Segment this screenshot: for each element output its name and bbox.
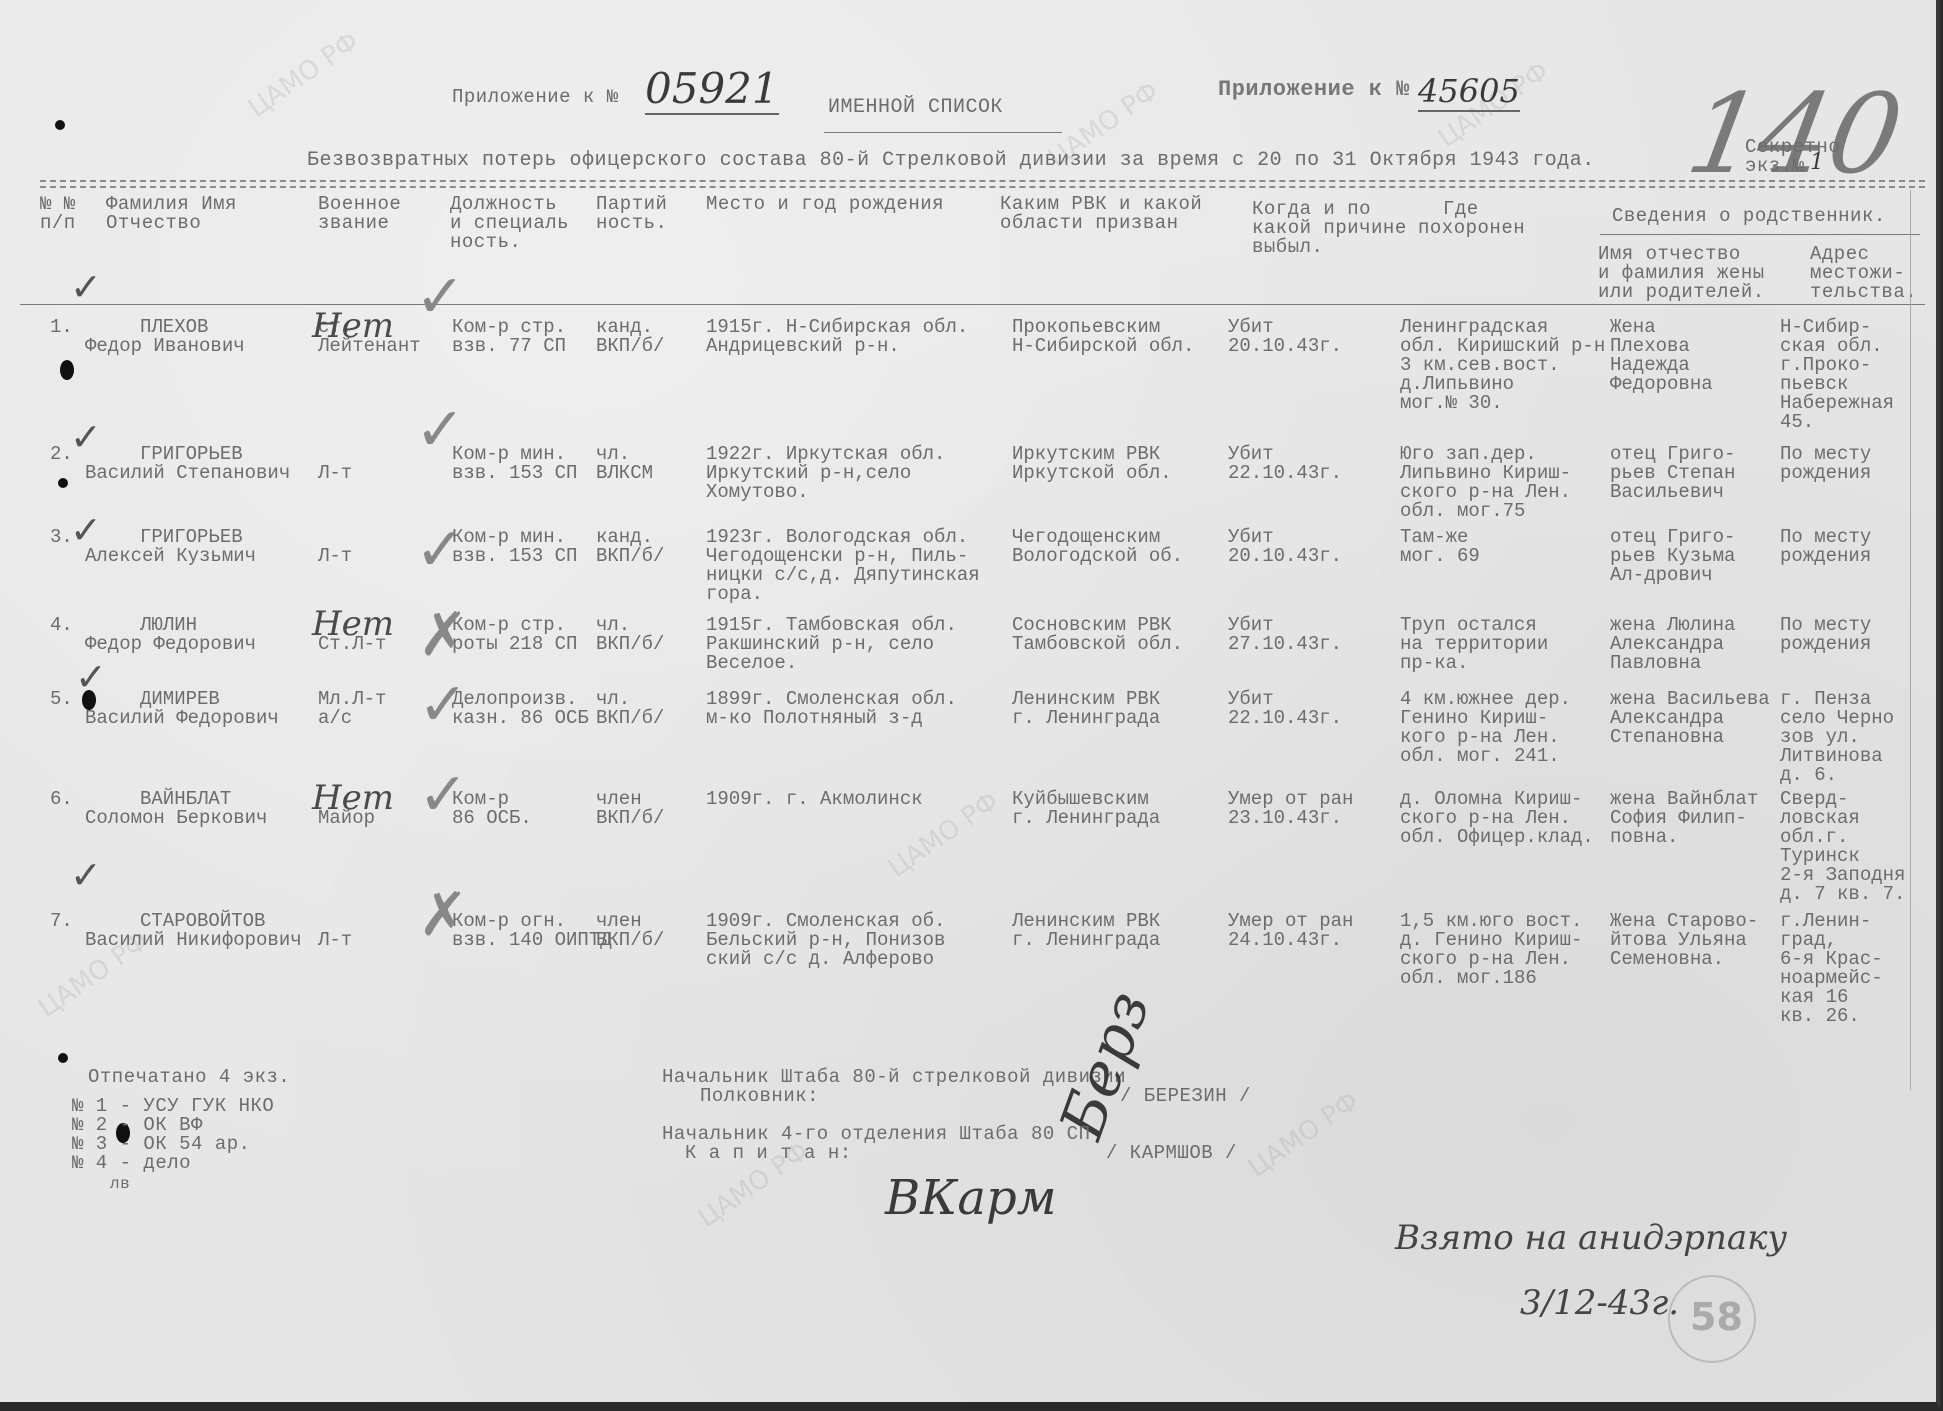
loss-reason-date: 24.10.43г. (1228, 931, 1342, 950)
relative-name: Ал-дрович (1610, 566, 1713, 585)
party-membership: ВКП/б/ (596, 337, 664, 356)
document-subtitle: Безвозвратных потерь офицерского состава… (307, 151, 1595, 170)
col-relative-name-3: или родителей. (1598, 283, 1765, 302)
handwritten-annotation: Нет (312, 604, 394, 644)
party-membership: ВКП/б/ (596, 635, 664, 654)
document-page: ЦАМО РФ ЦАМО РФ ЦАМО РФ ЦАМО РФ ЦАМО РФ … (0, 0, 1940, 1408)
military-rank: а/с (318, 709, 352, 728)
party-membership: ВКП/б/ (596, 709, 664, 728)
position: взв. 153 СП (452, 547, 577, 566)
birth-place: гора. (706, 585, 763, 604)
burial-place: обл. мог.186 (1400, 969, 1537, 988)
handwritten-annotation: Нет (312, 306, 394, 346)
check-mark-icon: ✓ (70, 415, 102, 459)
watermark: ЦАМО РФ (243, 26, 364, 124)
relative-address: рождения (1780, 464, 1871, 483)
loss-reason-date: 20.10.43г. (1228, 337, 1342, 356)
party-membership: ВКП/б/ (596, 547, 664, 566)
draft-office: Тамбовской обл. (1012, 635, 1183, 654)
birth-place: Хомутово. (706, 483, 809, 502)
position: казн. 86 ОСБ (452, 709, 589, 728)
military-rank: Л-т (318, 931, 352, 950)
check-mark-icon: ✓ (70, 508, 102, 552)
pencil-check-icon: ✓ (415, 395, 465, 465)
position: роты 218 СП (452, 635, 577, 654)
relative-address: рождения (1780, 547, 1871, 566)
military-rank: Л-т (318, 547, 352, 566)
position: взв. 140 ОИПТД (452, 931, 612, 950)
col-num-2: п/п (40, 214, 76, 233)
burial-place: мог. 69 (1400, 547, 1480, 566)
signatory-2-name: / КАРМШОВ / (1106, 1144, 1237, 1163)
relative-name: Степановна (1610, 728, 1724, 747)
signatory-1-name: / БЕРЕЗИН / (1120, 1087, 1251, 1106)
given-names: Федор Федорович (85, 635, 256, 654)
party-membership: ВЛКСМ (596, 464, 653, 483)
relative-name: Федоровна (1610, 375, 1713, 394)
loss-reason-date: 23.10.43г. (1228, 809, 1342, 828)
party-membership: ВКП/б/ (596, 931, 664, 950)
pencil-check-icon: ✗ (418, 600, 468, 670)
check-mark-icon: ✓ (70, 853, 102, 897)
birth-place: м-ко Полотняный з-д (706, 709, 923, 728)
birth-place: Андрицевский р-н. (706, 337, 900, 356)
relative-name: Семеновна. (1610, 950, 1724, 969)
document-title: ИМЕННОЙ СПИСОК (828, 98, 1003, 117)
pencil-check-icon: ✓ (415, 515, 465, 585)
given-names: Василий Федорович (85, 709, 279, 728)
pencil-check-icon: ✗ (418, 880, 468, 950)
watermark: ЦАМО РФ (1243, 1086, 1364, 1184)
loss-reason-date: 20.10.43г. (1228, 547, 1342, 566)
row-number: 7. (50, 912, 73, 931)
row-number: 1. (50, 318, 73, 337)
draft-office: г. Ленинграда (1012, 931, 1160, 950)
relative-address: д. 7 кв. 7. (1780, 885, 1905, 904)
relative-address: д. 6. (1780, 766, 1837, 785)
military-rank: Л-т (318, 464, 352, 483)
relative-address: кв. 26. (1780, 1007, 1860, 1026)
col-relatives-group: Сведения о родственник. (1612, 207, 1886, 226)
row-number: 6. (50, 790, 73, 809)
handwritten-annotation: Нет (312, 778, 394, 818)
copy-number: 1 (1810, 150, 1824, 175)
appendix-right-number: 45605 (1418, 72, 1520, 112)
relative-address: рождения (1780, 635, 1871, 654)
header-rule (40, 186, 1925, 188)
col-party-2: ность. (596, 214, 667, 233)
relative-name: Васильевич (1610, 483, 1724, 502)
copy-4: № 4 - дело (72, 1154, 191, 1173)
col-position-3: ность. (450, 233, 521, 252)
typist-initials: лв (110, 1175, 130, 1194)
burial-place: пр-ка. (1400, 654, 1468, 673)
draft-office: г. Ленинграда (1012, 809, 1160, 828)
right-margin-line (1910, 190, 1911, 1090)
given-names: Василий Степанович (85, 464, 290, 483)
relative-name: Павловна (1610, 654, 1701, 673)
birth-place: 1909г. г. Акмолинск (706, 790, 923, 809)
given-names: Соломон Беркович (85, 809, 267, 828)
check-mark-icon: ✓ (75, 655, 107, 699)
given-names: Василий Никифорович (85, 931, 302, 950)
stamp-number: 58 (1690, 1295, 1743, 1339)
row-number: 4. (50, 616, 73, 635)
party-membership: ВКП/б/ (596, 809, 664, 828)
handwritten-note: Взято на анидэрпаку (1395, 1218, 1787, 1258)
punch-hole (55, 120, 65, 130)
appendix-right-label: Приложение к № (1218, 80, 1410, 99)
copy-label: экз.№ (1745, 157, 1805, 176)
punch-hole (58, 478, 68, 488)
col-rank-2: звание (318, 214, 389, 233)
loss-reason-date: 22.10.43г. (1228, 709, 1342, 728)
pencil-check-icon: ✓ (418, 670, 468, 740)
loss-reason-date: 27.10.43г. (1228, 635, 1342, 654)
burial-place: обл. Офицер.клад. (1400, 828, 1594, 847)
appendix-left-label: Приложение к № (452, 88, 619, 107)
pencil-check-icon: ✓ (418, 760, 468, 830)
given-names: Федор Иванович (85, 337, 245, 356)
draft-office: Иркутской обл. (1012, 464, 1172, 483)
burial-place: обл. мог.75 (1400, 502, 1525, 521)
position: взв. 77 СП (452, 337, 566, 356)
birth-place: ский с/с д. Алферово (706, 950, 934, 969)
appendix-left-number: 05921 (645, 64, 779, 115)
header-rule (40, 180, 1925, 182)
col-buried-2: похоронен (1418, 219, 1525, 238)
punch-hole (58, 1053, 68, 1063)
handwritten-date: 3/12-43г. (1520, 1283, 1679, 1323)
given-names: Алексей Кузьмич (85, 547, 256, 566)
birth-place: Веселое. (706, 654, 797, 673)
punch-hole (60, 360, 74, 380)
header-bottom-rule (20, 304, 1925, 305)
title-underline (824, 132, 1062, 133)
col-draft-2: области призван (1000, 214, 1179, 233)
check-mark-icon: ✓ (70, 265, 102, 309)
col-name-2: Отчество (106, 214, 201, 233)
draft-office: Н-Сибирской обл. (1012, 337, 1194, 356)
sheet-number: 140 (1679, 70, 1912, 198)
col-when-3: выбыл. (1252, 238, 1323, 257)
signatory-1-rank: Полковник: (700, 1087, 819, 1106)
col-address-3: тельства. (1810, 283, 1917, 302)
draft-office: Вологодской об. (1012, 547, 1183, 566)
col-birth: Место и год рождения (706, 195, 944, 214)
relatives-underline (1600, 234, 1920, 235)
pencil-check-icon: ✓ (415, 262, 465, 332)
signatory-2-rank: К а п и т а н: (685, 1144, 852, 1163)
signature-2: ВКарм (885, 1170, 1057, 1226)
draft-office: г. Ленинграда (1012, 709, 1160, 728)
loss-reason-date: 22.10.43г. (1228, 464, 1342, 483)
relative-name: повна. (1610, 828, 1678, 847)
burial-place: обл. мог. 241. (1400, 747, 1560, 766)
position: взв. 153 СП (452, 464, 577, 483)
row-number: 5. (50, 690, 73, 709)
printed-copies: Отпечатано 4 экз. (88, 1068, 290, 1087)
relative-address: 45. (1780, 413, 1814, 432)
burial-place: мог.№ 30. (1400, 394, 1503, 413)
